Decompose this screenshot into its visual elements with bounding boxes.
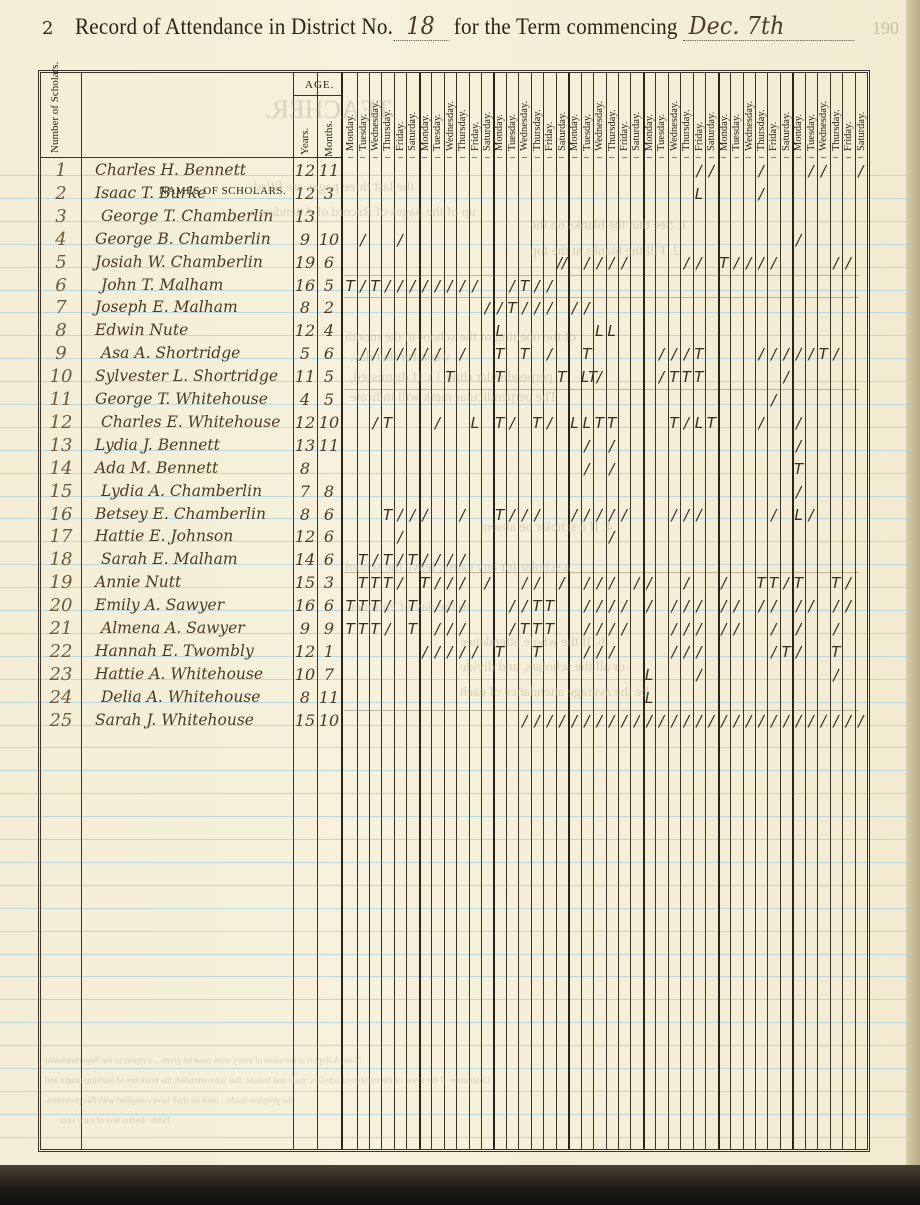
day-header: Tuesday.: [432, 114, 443, 151]
scholar-age-months: 6: [318, 251, 340, 274]
scholar-age-years: 7: [294, 480, 316, 503]
attendance-mark: /: [606, 436, 618, 456]
scholar-name: John T. Malham: [101, 274, 223, 297]
scholar-name: Hattie E. Johnson: [95, 525, 233, 548]
attendance-mark: /: [618, 505, 630, 525]
column-divider: [341, 73, 343, 1149]
day-column-divider: [481, 73, 482, 1149]
scholar-age-months: 2: [318, 296, 340, 319]
day-column-divider: [493, 73, 495, 1149]
scholar-age-months: 11: [318, 159, 340, 182]
attendance-mark: /: [705, 711, 717, 731]
attendance-mark: T: [519, 276, 531, 296]
scholar-name: George T. Whitehouse: [95, 388, 268, 411]
scholar-name: Sarah J. Whitehouse: [95, 709, 254, 732]
attendance-mark: /: [730, 711, 742, 731]
scholar-name: Almena A. Sawyer: [101, 617, 245, 640]
scholar-age-years: 16: [294, 274, 316, 297]
attendance-mark: /: [805, 344, 817, 364]
attendance-mark: /: [394, 276, 406, 296]
attendance-mark: /: [506, 413, 518, 433]
attendance-mark: /: [593, 573, 605, 593]
day-column-divider: [855, 73, 856, 1149]
header-tick: [796, 157, 801, 158]
header-tick: [833, 157, 838, 158]
scholar-age-years: 19: [294, 251, 316, 274]
attendance-mark: T: [369, 276, 381, 296]
attendance-mark: /: [394, 573, 406, 593]
attendance-mark: /: [805, 161, 817, 181]
scholar-number: 16: [41, 503, 81, 526]
header-tick: [497, 157, 502, 158]
attendance-mark: /: [544, 344, 556, 364]
attendance-mark: /: [693, 642, 705, 662]
attendance-mark: T: [382, 505, 394, 525]
day-column-divider: [655, 73, 656, 1149]
attendance-mark: /: [693, 253, 705, 273]
attendance-mark: /: [656, 711, 668, 731]
attendance-mark: /: [793, 711, 805, 731]
attendance-mark: /: [755, 596, 767, 616]
day-header: Friday.: [694, 122, 705, 151]
scholar-age-years: 12: [294, 319, 316, 342]
day-header: Monday.: [644, 114, 655, 151]
attendance-mark: /: [382, 276, 394, 296]
attendance-mark: T: [369, 573, 381, 593]
attendance-mark: /: [830, 665, 842, 685]
day-header: Saturday.: [557, 112, 568, 151]
scholar-age-months: 5: [318, 388, 340, 411]
attendance-mark: /: [768, 390, 780, 410]
header-tick: [784, 157, 789, 158]
attendance-mark: /: [394, 230, 406, 250]
day-header: Saturday.: [482, 112, 493, 151]
attendance-mark: /: [680, 573, 692, 593]
day-header: Friday.: [544, 122, 555, 151]
header-tick: [696, 157, 701, 158]
header-tick: [348, 157, 353, 158]
scholar-name: Delia A. Whitehouse: [101, 686, 260, 709]
attendance-mark: /: [680, 505, 692, 525]
attendance-mark: /: [680, 642, 692, 662]
day-header: Saturday.: [407, 112, 418, 151]
page-title: Record of Attendance in District No. 18 …: [75, 12, 854, 41]
attendance-mark: /: [805, 596, 817, 616]
attendance-mark: /: [456, 276, 468, 296]
scholar-name: Isaac T. Burke: [95, 182, 206, 205]
scholar-age-years: 12: [294, 411, 316, 434]
header-tick: [460, 157, 465, 158]
day-header: Friday.: [619, 122, 630, 151]
scholar-name: Sarah E. Malham: [101, 548, 238, 571]
attendance-mark: /: [793, 596, 805, 616]
scholar-age-years: 8: [294, 296, 316, 319]
attendance-mark: T: [369, 619, 381, 639]
scholar-age-months: 11: [318, 434, 340, 457]
header-tick: [809, 157, 814, 158]
attendance-mark: L: [693, 413, 705, 433]
attendance-mark: /: [606, 596, 618, 616]
scholar-number: 24: [41, 686, 81, 709]
bleed-through-line: TEACHER.: [265, 95, 391, 125]
scholar-number: 15: [41, 480, 81, 503]
attendance-mark: /: [519, 298, 531, 318]
header-age: AGE.: [305, 79, 334, 91]
scholar-name: Lydia J. Bennett: [95, 434, 220, 457]
day-header: Saturday.: [856, 112, 867, 151]
attendance-mark: /: [705, 161, 717, 181]
scholar-age-months: 10: [318, 228, 340, 251]
header-tick: [373, 157, 378, 158]
attendance-mark: /: [842, 596, 854, 616]
attendance-mark: LT: [581, 367, 593, 387]
attendance-mark: /: [544, 711, 556, 731]
attendance-mark: /: [481, 573, 493, 593]
scholar-number: 7: [41, 296, 81, 319]
scholar-age-years: 5: [294, 342, 316, 365]
attendance-mark: /: [556, 711, 568, 731]
attendance-mark: T: [531, 596, 543, 616]
attendance-mark: /: [456, 505, 468, 525]
attendance-mark: /: [618, 596, 630, 616]
attendance-mark: /: [793, 413, 805, 433]
header-tick: [597, 157, 602, 158]
attendance-mark: T: [382, 573, 394, 593]
attendance-mark: /: [855, 711, 867, 731]
attendance-mark: /: [793, 642, 805, 662]
scholar-age-months: 7: [318, 663, 340, 686]
attendance-mark: /: [581, 436, 593, 456]
attendance-mark: /: [407, 505, 419, 525]
header-tick: [771, 157, 776, 158]
attendance-mark: /: [519, 711, 531, 731]
title-middle: for the Term commencing: [454, 14, 678, 40]
scholar-number: 13: [41, 434, 81, 457]
bleed-through-line: the progress made... until he shall have…: [45, 1095, 293, 1105]
attendance-mark: /: [506, 596, 518, 616]
bleed-through-line: Public Instruction of each year: [60, 1115, 170, 1125]
scholar-number: 23: [41, 663, 81, 686]
attendance-mark: /: [693, 596, 705, 616]
attendance-mark: /: [768, 596, 780, 616]
day-header: Monday.: [719, 114, 730, 151]
attendance-mark: /: [581, 573, 593, 593]
day-header: Saturday.: [781, 112, 792, 151]
attendance-mark: /: [730, 596, 742, 616]
scholar-age-years: 9: [294, 228, 316, 251]
attendance-mark: T: [680, 367, 692, 387]
attendance-mark: T: [344, 619, 356, 639]
attendance-mark: /: [693, 665, 705, 685]
day-column-divider: [568, 73, 570, 1149]
attendance-mark: /: [680, 253, 692, 273]
attendance-mark: T: [344, 276, 356, 296]
attendance-mark: /: [544, 276, 556, 296]
day-header: Thursday.: [532, 109, 543, 151]
attendance-mark: T: [817, 344, 829, 364]
scholar-number: 14: [41, 457, 81, 480]
header-tick: [672, 157, 677, 158]
attendance-mark: /: [369, 413, 381, 433]
header-tick: [659, 157, 664, 158]
attendance-mark: /: [668, 619, 680, 639]
scholar-age-months: 11: [318, 686, 340, 709]
attendance-mark: T: [407, 619, 419, 639]
attendance-mark: /: [519, 573, 531, 593]
attendance-mark: T: [606, 413, 618, 433]
scholar-age-months: 6: [318, 503, 340, 526]
attendance-mark: /: [593, 596, 605, 616]
page-title-row: 2 Record of Attendance in District No. 1…: [42, 8, 920, 41]
scholar-name: George B. Chamberlin: [95, 228, 271, 251]
header-tick: [858, 157, 863, 158]
scholar-age-years: 16: [294, 594, 316, 617]
day-column-divider: [780, 73, 781, 1149]
scholar-age-years: 12: [294, 159, 316, 182]
header-tick: [522, 157, 527, 158]
attendance-mark: /: [755, 711, 767, 731]
attendance-mark: /: [793, 436, 805, 456]
scholar-number: 8: [41, 319, 81, 342]
attendance-mark: /: [793, 344, 805, 364]
attendance-mark: /: [531, 298, 543, 318]
book-shadow: [0, 1165, 920, 1205]
header-tick: [559, 157, 564, 158]
attendance-mark: /: [581, 298, 593, 318]
attendance-mark: /: [768, 619, 780, 639]
header-tick: [398, 157, 403, 158]
day-header: Wednesday.: [744, 101, 755, 151]
day-column-divider: [630, 73, 631, 1149]
header-bottom-line: [41, 157, 341, 158]
attendance-mark: /: [643, 596, 655, 616]
scholar-name: Charles H. Bennett: [95, 159, 246, 182]
day-header: Monday.: [494, 114, 505, 151]
attendance-mark: T: [668, 367, 680, 387]
day-column-divider: [705, 73, 706, 1149]
attendance-mark: /: [581, 459, 593, 479]
attendance-mark: /: [431, 642, 443, 662]
day-header: Friday.: [395, 122, 406, 151]
attendance-mark: /: [830, 253, 842, 273]
attendance-mark: /: [680, 619, 692, 639]
day-header: Thursday.: [681, 109, 692, 151]
scholar-age-years: 15: [294, 571, 316, 594]
day-column-divider: [817, 73, 818, 1149]
attendance-mark: /: [817, 711, 829, 731]
scholar-number: 1: [41, 159, 81, 182]
day-header: Thursday.: [457, 109, 468, 151]
scholar-age-months: 4: [318, 319, 340, 342]
attendance-mark: /: [817, 161, 829, 181]
bleed-through-line: perpendicular (line, | ). If dismissed,: [350, 370, 553, 386]
attendance-mark: /: [780, 573, 792, 593]
attendance-mark: /: [544, 298, 556, 318]
attendance-mark: L: [793, 505, 805, 525]
day-header: Friday.: [843, 122, 854, 151]
bleed-through-line: the last three pages are filled.: [250, 180, 414, 196]
scholar-age-years: 8: [294, 457, 316, 480]
header-tick: [422, 157, 427, 158]
day-header: Tuesday.: [507, 114, 518, 151]
district-number: 18: [394, 12, 449, 41]
attendance-mark: /: [743, 711, 755, 731]
attendance-mark: /: [656, 367, 668, 387]
attendance-mark: /: [431, 276, 443, 296]
attendance-mark: T: [581, 344, 593, 364]
day-header: Tuesday.: [582, 114, 593, 151]
bleed-through-line: to the day of entrance.: [345, 600, 470, 616]
scholar-name: Joseph E. Malham: [95, 296, 238, 319]
day-header: Thursday.: [756, 109, 767, 151]
scholar-number: 2: [41, 182, 81, 205]
scholar-age-years: 11: [294, 365, 316, 388]
attendance-mark: /: [618, 619, 630, 639]
scholar-age-months: 1: [318, 640, 340, 663]
attendance-mark: /: [730, 253, 742, 273]
attendance-mark: L: [469, 413, 481, 433]
scholar-age-months: 9: [318, 617, 340, 640]
attendance-mark: /: [419, 505, 431, 525]
attendance-mark: /: [755, 184, 767, 204]
attendance-mark: /: [431, 413, 443, 433]
day-header: Wednesday.: [818, 101, 829, 151]
scholar-age-years: 12: [294, 640, 316, 663]
header-years: Years.: [299, 128, 311, 155]
day-column-divider: [556, 73, 557, 1149]
attendance-mark: /: [631, 711, 643, 731]
attendance-mark: /: [444, 642, 456, 662]
attendance-mark: /: [830, 711, 842, 731]
attendance-mark: T: [768, 573, 780, 593]
attendance-mark: T: [494, 344, 506, 364]
attendance-mark: /: [593, 711, 605, 731]
scholar-name: Hannah E. Twombly: [95, 640, 254, 663]
attendance-mark: /: [768, 344, 780, 364]
attendance-mark: /: [606, 619, 618, 639]
header-tick: [709, 157, 714, 158]
scholar-number: 4: [41, 228, 81, 251]
header-tick: [846, 157, 851, 158]
scholar-number: 19: [41, 571, 81, 594]
attendance-mark: L: [606, 321, 618, 341]
attendance-mark: T: [793, 573, 805, 593]
scholar-age-months: 5: [318, 365, 340, 388]
attendance-mark: /: [431, 619, 443, 639]
title-prefix: Record of Attendance in District No.: [75, 14, 393, 40]
bleed-through-line: week for that day.: [350, 350, 450, 366]
attendance-mark: /: [469, 276, 481, 296]
header-tick: [684, 157, 689, 158]
attendance-mark: L: [568, 413, 580, 433]
attendance-mark: T: [668, 413, 680, 433]
header-tick: [647, 157, 652, 158]
scholar-age-years: 4: [294, 388, 316, 411]
attendance-mark: /: [531, 276, 543, 296]
scholar-name: Emily A. Sawyer: [95, 594, 224, 617]
attendance-mark: /: [494, 298, 506, 318]
scholar-number: 25: [41, 709, 81, 732]
header-tick: [510, 157, 515, 158]
attendance-mark: /: [730, 619, 742, 639]
header-months: Months.: [323, 121, 335, 157]
header-tick: [547, 157, 552, 158]
header-tick: [360, 157, 365, 158]
attendance-mark: /: [842, 573, 854, 593]
day-header: Monday.: [793, 114, 804, 151]
scholar-name: Hattie A. Whitehouse: [95, 663, 263, 686]
scholar-age-years: 13: [294, 434, 316, 457]
attendance-mark: /: [842, 711, 854, 731]
attendance-mark: /: [830, 619, 842, 639]
scholar-age-months: 10: [318, 411, 340, 434]
bleed-through-line: or all the scholars, and divide: [460, 660, 625, 676]
attendance-mark: /: [631, 573, 643, 593]
scholar-number: 17: [41, 525, 81, 548]
scholar-age-months: 5: [318, 274, 340, 297]
attendance-mark: T: [556, 367, 568, 387]
scholar-name: Betsey E. Chamberlin: [95, 503, 266, 526]
attendance-mark: /: [444, 573, 456, 593]
attendance-mark: /: [606, 642, 618, 662]
scholar-age-years: 14: [294, 548, 316, 571]
attendance-mark: T: [357, 619, 369, 639]
attendance-mark: /: [693, 161, 705, 181]
header-tick: [609, 157, 614, 158]
header-tick: [721, 157, 726, 158]
bleed-through-line: 4. If a scholar be absent: [480, 520, 613, 536]
attendance-mark: /: [419, 642, 431, 662]
attendance-mark: /: [456, 344, 468, 364]
header-tick: [746, 157, 751, 158]
attendance-mark: /: [606, 711, 618, 731]
attendance-mark: T: [593, 413, 605, 433]
attendance-mark: T: [830, 642, 842, 662]
scholar-number: 6: [41, 274, 81, 297]
attendance-mark: /: [656, 344, 668, 364]
attendance-mark: /: [556, 573, 568, 593]
attendance-mark: /: [830, 596, 842, 616]
scholar-name: Asa A. Shortridge: [101, 342, 240, 365]
attendance-mark: /: [680, 596, 692, 616]
attendance-mark: /: [768, 505, 780, 525]
scholar-age-months: 6: [318, 525, 340, 548]
day-header: Saturday.: [631, 112, 642, 151]
header-tick: [535, 157, 540, 158]
attendance-mark: /: [481, 298, 493, 318]
bleed-through-line: Committee of the town, of the number of …: [45, 1075, 490, 1085]
scholar-number: 10: [41, 365, 81, 388]
attendance-mark: /: [793, 230, 805, 250]
day-header: Tuesday.: [731, 114, 742, 151]
attendance-mark: /: [506, 276, 518, 296]
attendance-mark: /: [519, 596, 531, 616]
scholar-age-months: 6: [318, 594, 340, 617]
scholar-number: 5: [41, 251, 81, 274]
attendance-mark: /: [668, 596, 680, 616]
attendance-mark: /: [793, 482, 805, 502]
header-tick: [759, 157, 764, 158]
header-number-of-scholars: Number of Scholars.: [49, 77, 61, 153]
header-tick: [485, 157, 490, 158]
attendance-mark: T: [519, 344, 531, 364]
header-tick: [821, 157, 826, 158]
scholar-name: Ada M. Bennett: [95, 457, 218, 480]
attendance-mark: /: [718, 573, 730, 593]
attendance-mark: /: [693, 619, 705, 639]
attendance-mark: /: [643, 573, 655, 593]
scholar-number: 11: [41, 388, 81, 411]
